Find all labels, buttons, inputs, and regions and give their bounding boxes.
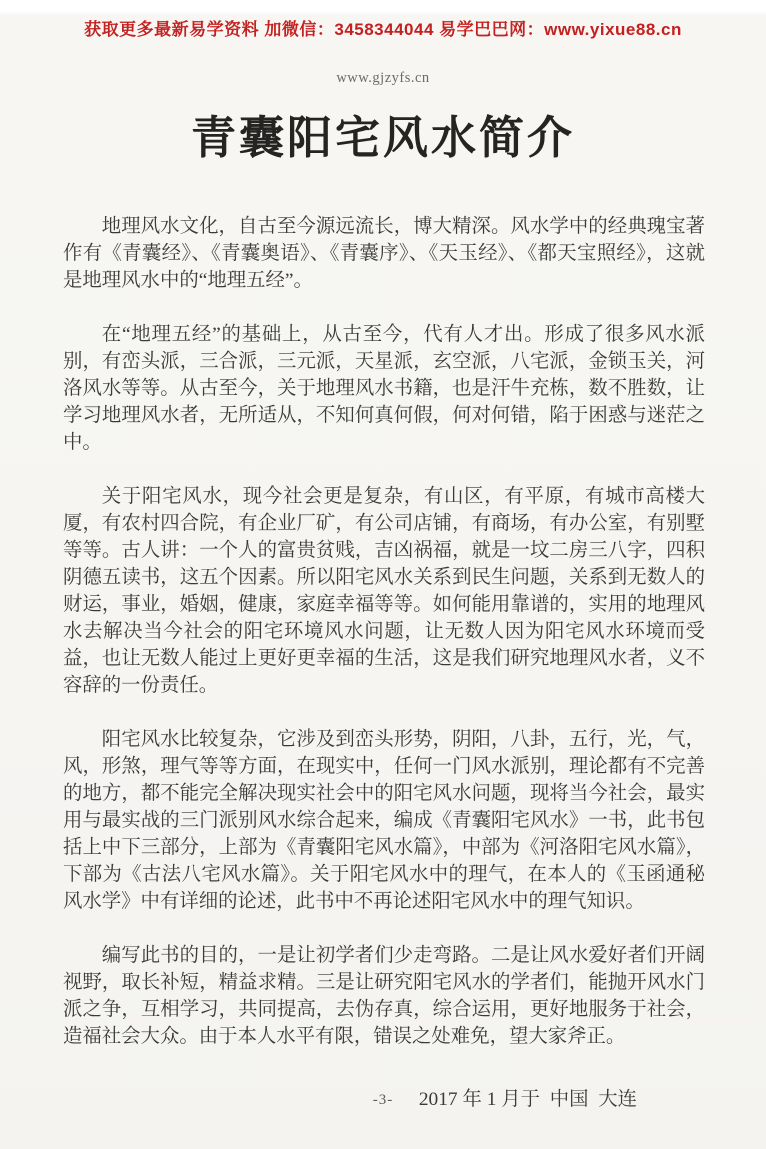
scanned-document-page: 获取更多最新易学资料 加微信：3458344044 易学巴巴网：www.yixu… (0, 0, 766, 1149)
paragraph-intro-five-classics: 地理风水文化，自古至今源远流长，博大精深。风水学中的经典瑰宝著作有《青囊经》、《… (63, 213, 705, 294)
document-body: 地理风水文化，自古至今源远流长，博大精深。风水学中的经典瑰宝著作有《青囊经》、《… (63, 213, 705, 1113)
page-number: -3- (0, 1092, 766, 1109)
paragraph-yangzhai-society: 关于阳宅风水，现今社会更是复杂，有山区，有平原，有城市高楼大厦，有农村四合院，有… (63, 483, 705, 699)
page-title: 青囊阳宅风水简介 (0, 113, 766, 165)
promo-header-text: 获取更多最新易学资料 加微信：3458344044 易学巴巴网：www.yixu… (0, 0, 766, 40)
paragraph-book-structure: 阳宅风水比较复杂，它涉及到峦头形势，阴阳，八卦，五行，光，气，风，形煞，理气等等… (63, 726, 705, 915)
paragraph-book-purpose: 编写此书的目的，一是让初学者们少走弯路。二是让风水爱好者们开阔视野，取长补短，精… (63, 942, 705, 1050)
site-url-text: www.gjzyfs.cn (0, 70, 766, 87)
paragraph-fengshui-schools: 在“地理五经”的基础上，从古至今，代有人才出。形成了很多风水派别，有峦头派，三合… (63, 321, 705, 456)
